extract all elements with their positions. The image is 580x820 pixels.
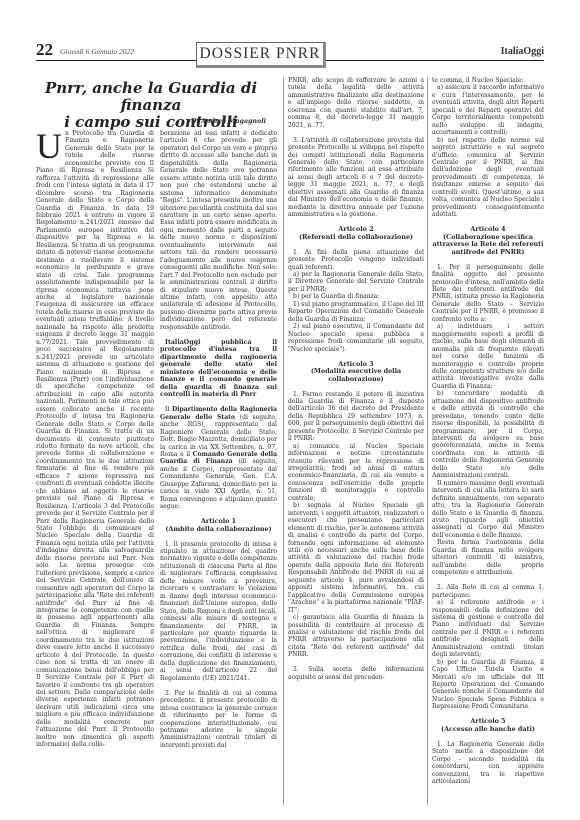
brand-logo: ItaliaOggi [501, 46, 544, 57]
column-separator [283, 77, 284, 805]
body-paragraph: b) per la Guardia di Finanza, il Capo Uf… [432, 659, 544, 711]
body-paragraph: Resta ferma l'autonomia della Guardia di… [432, 539, 544, 576]
article-1-subtitle: (Ambito della collaborazione) [160, 526, 277, 534]
headline-line-1: Pnrr, anche la Guardia di finanza [36, 80, 266, 114]
body-paragraph: a) per la Ragioneria Generale dello Stat… [288, 271, 424, 293]
body-paragraph: b) concordare modalità di attuazione del… [432, 390, 544, 479]
header-rule-right [326, 60, 544, 61]
article-column-4: te comma, il Nucleo Speciale: a) assicur… [432, 77, 544, 797]
parties-paragraph: Il Dipartimento della Ragioneria General… [160, 406, 277, 510]
column-separator [427, 77, 428, 805]
body-paragraph: 2. Alla Rete di cui al comma 1, partecip… [432, 584, 544, 599]
article-2-subtitle: (Referenti della collaborazione) [288, 234, 424, 242]
drop-cap: U [36, 131, 62, 161]
body-paragraph: 2) sul piano esecutivo, il Comandante de… [288, 323, 424, 353]
issue-date: Giovedì 6 Gennaio 2022 [60, 47, 134, 56]
article-3-subtitle: (Modalità esecutive della collaborazione… [288, 368, 424, 383]
body-paragraph: 1. Fermo restando il potere di iniziativ… [288, 391, 424, 443]
body-paragraph: 2. Sulla scorta delle informazioni acqui… [288, 666, 424, 681]
section-title: DOSSIER PNRR [196, 42, 326, 68]
article-5-subtitle: (Accesso alle banche dati) [432, 726, 544, 734]
body-paragraph: b) nel rispetto delle norme sul segreto … [432, 137, 544, 219]
body-paragraph: a) assicura il raccordo informativo e cu… [432, 84, 544, 136]
body-paragraph: 1. Per il perseguimento delle finalità o… [432, 264, 544, 324]
body-paragraph: 1) sul piano programmatico, il Capo del … [288, 301, 424, 323]
body-paragraph: 1. Il presente protocollo di intesa è st… [160, 541, 277, 683]
protocol-callout: ItaliaOggi pubblica il protocollo d'inte… [160, 339, 277, 399]
article-column-2: borazione ad essi infatti è dedicato l'a… [160, 130, 277, 790]
body-paragraph: a) comunica al Nucleo Speciale informazi… [288, 443, 424, 503]
header-rule-left [36, 60, 196, 61]
body-paragraph: 1. Ai fini della piena attuazione del pr… [288, 249, 424, 271]
body-paragraph: Il numero massimo degli eventuali interv… [432, 480, 544, 540]
body-paragraph: 1. La Ragioneria Generale dello Stato me… [432, 741, 544, 786]
body-paragraph: b) per la Guardia di finanza: [288, 293, 424, 300]
masthead: 22 Giovedì 6 Gennaio 2022 DOSSIER PNRR I… [36, 38, 544, 66]
article-4-subtitle: (Collaborazione specifica attraverso la … [432, 234, 544, 257]
article-column-3: PNRR, allo scopo di rafforzare le azioni… [288, 77, 424, 797]
body-paragraph: c) garantisce alla Guardia di finanza la… [288, 614, 424, 659]
body-paragraph: 3. L'attività di collaborazione prevista… [288, 137, 424, 219]
page-number: 22 [36, 40, 53, 60]
body-paragraph: a) il referente antifrode e i responsabi… [432, 599, 544, 659]
byline: Di Andrea Magagnoli [36, 118, 266, 125]
article-column-1: Un Protocollo tra Guardia di Finanza e R… [36, 130, 154, 790]
body-paragraph: b) segnala al Nucleo Speciale gli interv… [288, 502, 424, 614]
body-paragraph: borazione ad essi infatti è dedicato l'a… [160, 130, 277, 331]
body-paragraph: 2. Per le finalità di cui al comma prece… [160, 690, 277, 750]
body-paragraph: Un Protocollo tra Guardia di Finanza e R… [36, 130, 154, 749]
body-paragraph: PNRR, allo scopo di rafforzare le azioni… [288, 77, 424, 129]
body-paragraph: te comma, il Nucleo Speciale: [432, 77, 544, 84]
body-paragraph: a) individuare i settori maggiormente es… [432, 323, 544, 390]
